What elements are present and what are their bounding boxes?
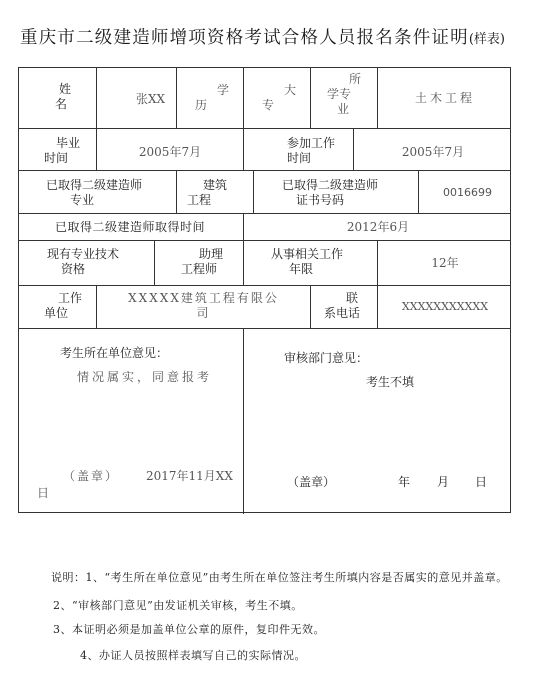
work-years-value[interactable]: 12年 (378, 256, 512, 271)
col-divider (243, 128, 244, 170)
col-divider (253, 170, 254, 213)
cert-number-label: 已取得二级建造师 证书号码 (282, 178, 378, 208)
employer-label: 工作 单位 (44, 291, 82, 321)
employer-value[interactable]: XXXXX建筑工程有限公 司 (97, 291, 310, 321)
col-divider (243, 68, 244, 128)
review-year: 年 (398, 475, 410, 490)
graduation-date-label: 毕业 时间 (44, 136, 80, 166)
review-opinion-heading: 审核部门意见： (284, 351, 368, 366)
review-seal: （盖章） (287, 475, 335, 490)
col-divider (310, 285, 311, 328)
row-divider (19, 328, 510, 329)
col-divider (154, 240, 155, 285)
name-value[interactable]: 张XX (136, 92, 165, 107)
row-divider (19, 213, 510, 214)
cert-date-label: 已取得二级建造师取得时间 (55, 220, 205, 235)
review-day: 日 (475, 475, 487, 490)
review-month: 月 (437, 475, 449, 490)
unit-seal: （盖章） (63, 469, 119, 484)
name-label: 姓 名 (55, 82, 71, 112)
work-start-label: 参加工作 时间 (287, 136, 335, 166)
work-start-value[interactable]: 2005年7月 (354, 145, 512, 160)
phone-label: 联 系电话 (324, 291, 360, 321)
col-divider (176, 170, 177, 213)
qualification-label: 现有专业技术 资格 (47, 247, 119, 277)
title-suffix: (样表) (469, 32, 505, 47)
work-years-label: 从事相关工作 年限 (271, 247, 343, 277)
col-divider (310, 68, 311, 128)
col-divider (176, 68, 177, 128)
row-divider (19, 128, 510, 129)
unit-opinion-heading: 考生所在单位意见： (60, 346, 168, 361)
cert-major-value[interactable]: 建筑 工程 (187, 178, 227, 208)
note-3: 3、本证明必须是加盖单位公章的原件，复印件无效。 (53, 621, 325, 637)
col-divider (243, 328, 244, 514)
education-value[interactable]: 大 专 (262, 83, 296, 113)
unit-date[interactable]: 2017年11月XX (146, 469, 233, 484)
col-divider (418, 170, 419, 213)
graduation-date-value[interactable]: 2005年7月 (97, 145, 243, 160)
title-main: 重庆市二级建造师增项资格考试合格人员报名条件证明 (20, 28, 469, 48)
cert-number-value[interactable]: 0016699 (443, 185, 492, 200)
note-2: 2、“审核部门意见”由发证机关审核，考生不填。 (53, 597, 303, 613)
cert-date-value[interactable]: 2012年6月 (244, 220, 512, 235)
col-divider (96, 68, 97, 128)
unit-opinion-content[interactable]: 情况属实，同意报考 (77, 370, 212, 385)
cert-major-label: 已取得二级建造师 专业 (46, 178, 142, 208)
col-divider (243, 240, 244, 285)
major-value[interactable]: 土木工程 (378, 91, 512, 106)
row-divider (19, 170, 510, 171)
review-opinion-content: 考生不填 (366, 375, 414, 390)
document-title: 重庆市二级建造师增项资格考试合格人员报名条件证明(样表) (20, 24, 505, 49)
row-divider (19, 240, 510, 241)
qualification-value[interactable]: 助理 工程师 (181, 247, 223, 277)
education-label: 学 历 (195, 83, 229, 113)
note-1: 说明：1、“考生所在单位意见”由考生所在单位签注考生所填内容是否属实的意见并盖章… (51, 569, 508, 585)
row-divider (19, 285, 510, 286)
certification-form: 姓 名 张XX 学 历 大 专 所 学专 业 土木工程 毕业 时间 2005年7… (18, 67, 511, 513)
phone-value[interactable]: XXXXXXXXXXX (378, 299, 512, 314)
note-4: 4、办证人员按照样表填写自己的实际情况。 (80, 647, 306, 663)
unit-date-day: 日 (37, 486, 49, 501)
major-label: 所 学专 业 (327, 72, 361, 117)
